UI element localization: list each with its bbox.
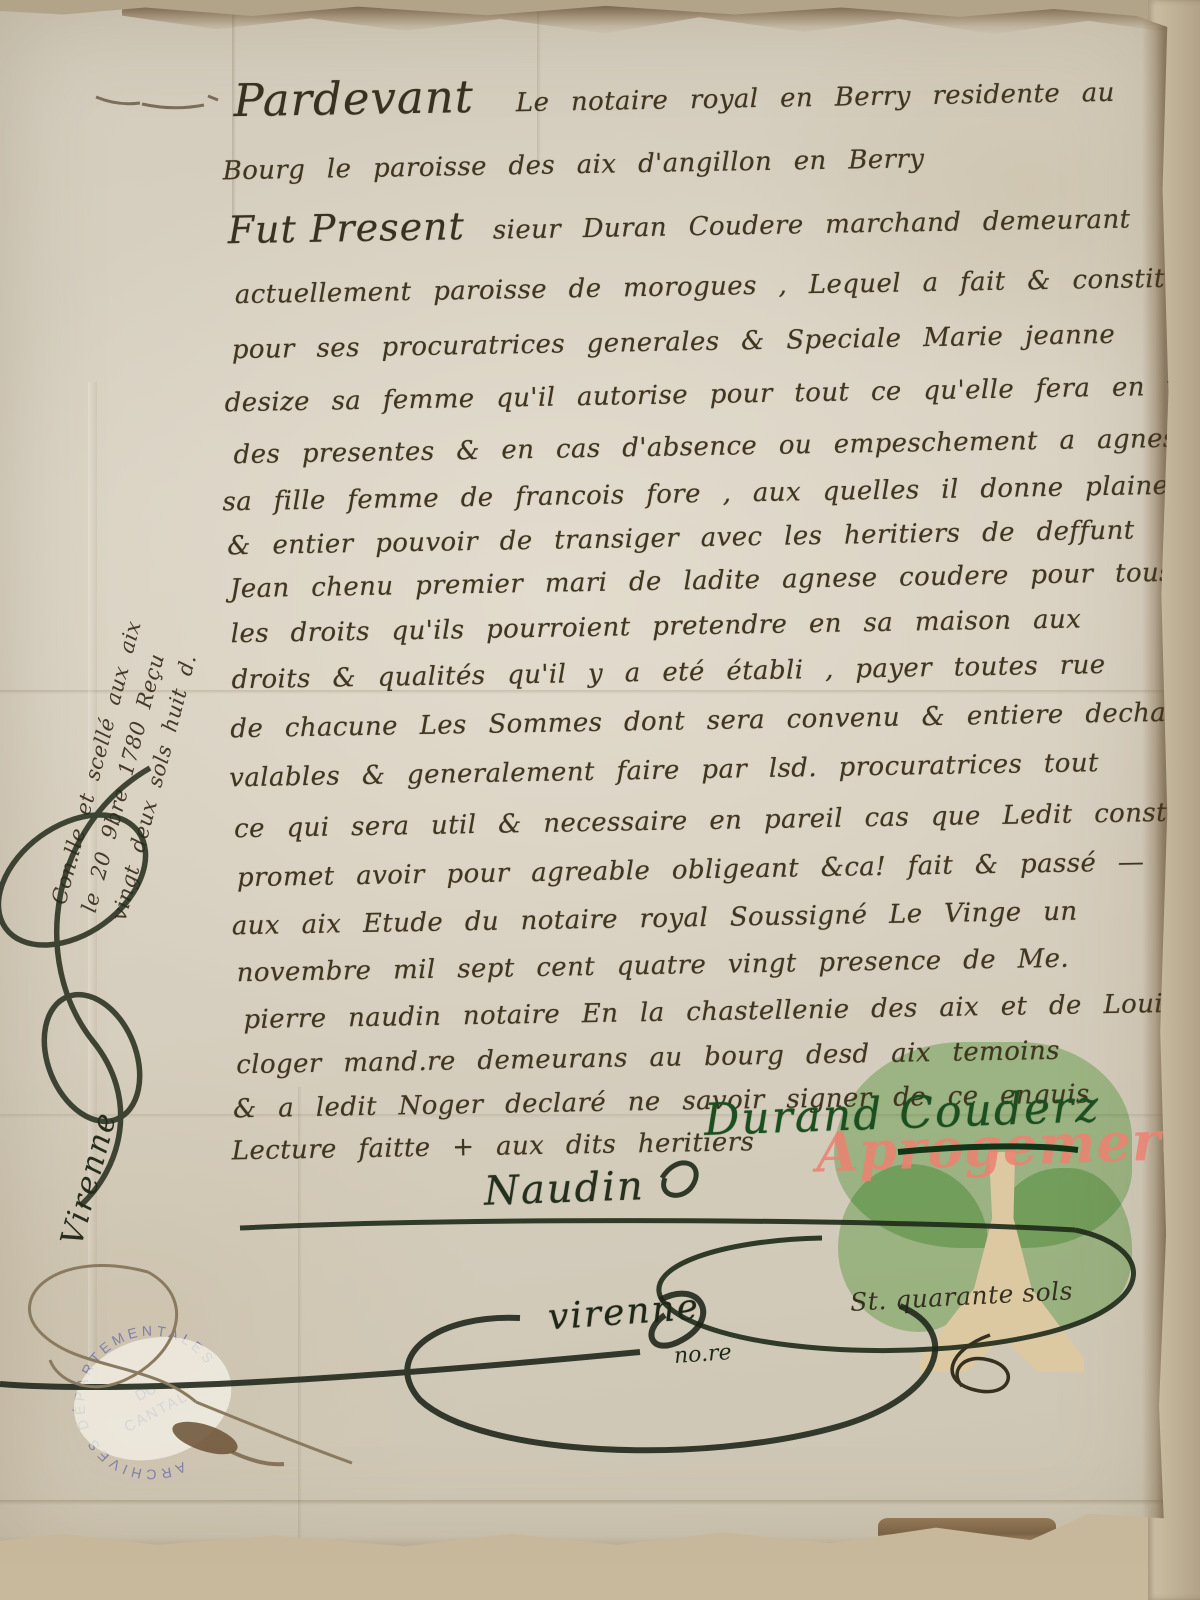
body-line: & entier pouvoir de transiger avec les h… [227,516,1135,562]
present-line: Fut Presentsieur Duran Coudere marchand … [227,193,1130,253]
body-line: pierre naudin notaire En la chastellenie… [243,989,1177,1035]
body-line: pour ses procuratrices generales & Speci… [232,320,1116,365]
opening-word: Pardevant [233,70,474,127]
body-line: les droits qu'ils pourroient pretendre e… [231,604,1082,649]
body-line: actuellement paroisse de morogues , Lequ… [235,263,1198,310]
body-line: sa fille femme de francois fore , aux qu… [222,471,1169,518]
body-line: aux aix Etude du notaire royal Soussigné… [232,897,1078,942]
body-line: Bourg le paroisse des aix d'angillon en … [222,144,924,186]
body-line: promet avoir pour agreable obligeant &ca… [237,847,1145,893]
body-line: ce qui sera util & necessaire en pareil … [234,797,1200,845]
body-line: droits & qualités qu'il y a eté établi ,… [231,650,1105,695]
body-line: des presentes & en cas d'absence ou empe… [233,421,1200,470]
closing-line: Lecture faitte + aux dits heritiers [232,1127,755,1166]
photo-backdrop: Aprogemere PardevantLe notaire royal en … [0,0,1200,1600]
body-line: Jean chenu premier mari de ladite agnese… [230,558,1173,604]
body-line: desize sa femme qu'il autorise pour tout… [224,371,1200,419]
body-line: de chacune Les Sommes dont sera convenu … [230,697,1200,744]
body-line: novembre mil sept cent quatre vingt pres… [236,944,1069,989]
body-line: cloger mand.re demeurans au bourg desd a… [236,1036,1060,1080]
present-word: Fut Present [227,204,465,252]
body-line: valables & generalement faire par lsd. p… [229,748,1099,793]
signature-virenne-title: no.re [673,1340,732,1369]
signature-naudin: Naudin [483,1163,645,1215]
opening-line: PardevantLe notaire royal en Berry resid… [233,59,1115,127]
